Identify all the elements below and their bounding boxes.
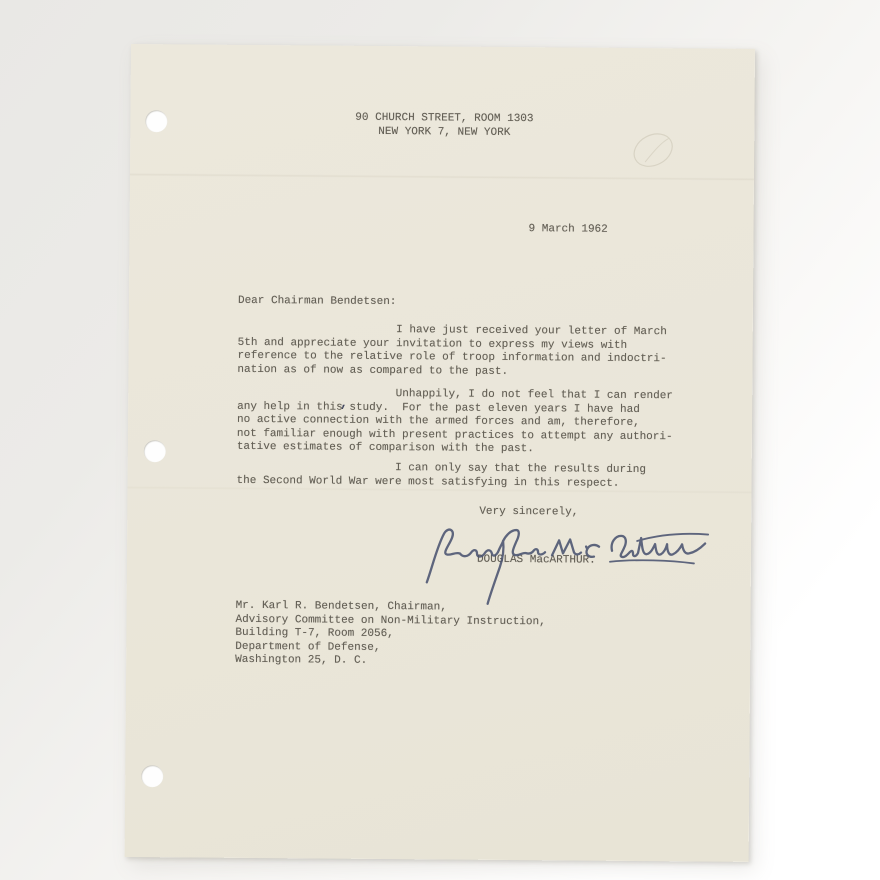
closing-line: Very sincerely, xyxy=(479,506,578,520)
signature-script xyxy=(422,524,728,611)
date-line: 9 March 1962 xyxy=(528,223,607,237)
body-paragraph-1: I have just received your letter of Marc… xyxy=(237,323,666,381)
photo-backdrop: 90 CHURCH STREET, ROOM 1303 NEW YORK 7, … xyxy=(0,0,880,880)
body-paragraph-3: I can only say that the results during t… xyxy=(237,461,646,491)
handwritten-correction-mark: , xyxy=(340,397,348,410)
pencil-mark xyxy=(623,124,687,179)
letterhead: 90 CHURCH STREET, ROOM 1303 NEW YORK 7, … xyxy=(294,111,594,141)
recipient-address: Mr. Karl R. Bendetsen, Chairman, Advisor… xyxy=(235,600,546,670)
punch-hole-middle xyxy=(144,440,166,462)
punch-hole-bottom xyxy=(141,765,163,787)
punch-hole-top xyxy=(145,110,167,132)
letter-paper: 90 CHURCH STREET, ROOM 1303 NEW YORK 7, … xyxy=(125,44,755,862)
letterhead-line1: 90 CHURCH STREET, ROOM 1303 xyxy=(355,112,533,125)
letterhead-line2: NEW YORK 7, NEW YORK xyxy=(378,126,510,139)
salutation: Dear Chairman Bendetsen: xyxy=(238,295,397,310)
body-paragraph-2: Unhappily, I do not feel that I can rend… xyxy=(237,387,673,458)
